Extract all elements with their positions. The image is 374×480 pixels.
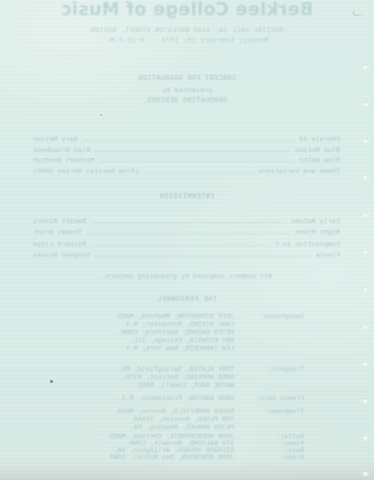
personnel-french-horn: French horn: DAVE BARTON, Providence, R.… xyxy=(20,396,304,404)
piece-title: Night Piece xyxy=(295,229,340,237)
personnel-saxophones: Saxophones: JEFF STOUGHTON, Medford, MAS… xyxy=(20,314,304,354)
program-row: Night Piece Thomas Grant xyxy=(33,229,340,240)
piece-credit: Michael Rendish xyxy=(33,157,94,165)
piece-title: Finale xyxy=(316,252,340,260)
intermission-heading: INTERMISSION xyxy=(0,193,374,201)
piece-title: Chorale #4 xyxy=(299,136,340,144)
section-label: Trumpets: xyxy=(234,367,304,391)
dotted-leader xyxy=(95,256,310,257)
piece-title: Slow Waltz xyxy=(299,157,340,165)
piece-credit: Alan Broadbent xyxy=(33,147,90,155)
piece-title: Theme and Variations xyxy=(258,168,340,176)
address-line: RECITAL HALL 1A, 1140 BOYLSTON STREET, B… xyxy=(0,27,374,35)
section-names: JOHN ROBINSON, Des Moines, IOWA xyxy=(110,455,234,463)
section-names: ROGER HOMEFIELD, Boston, MASS. TOM PLSEK… xyxy=(114,409,234,433)
musician-name: DAVE BARTON, Providence, R.I. xyxy=(118,396,234,404)
piece-title: Blue Motion xyxy=(295,147,340,155)
piece-title: Composition in F xyxy=(275,241,340,249)
sprocket-hole xyxy=(363,471,368,476)
dotted-leader xyxy=(91,222,286,223)
piece-title: Early Autumn xyxy=(291,218,340,226)
sprocket-hole xyxy=(363,435,368,440)
piece-credit: Thomas Grant xyxy=(33,229,82,237)
piece-credit: Stephen Brooks xyxy=(33,252,90,260)
concert-title: CONCERT FOR GRADUATION xyxy=(0,75,374,83)
sprocket-hole xyxy=(363,101,368,106)
sprocket-hole xyxy=(363,324,368,329)
sprocket-hole xyxy=(363,64,368,69)
sprocket-hole xyxy=(363,287,368,292)
musician-name: LEW TABACKIN, New York, N.Y. xyxy=(114,346,234,354)
presenter-name: GRADUATING SENIORS xyxy=(0,97,374,105)
musician-name: PETER GRAVES, Reading, PA. xyxy=(114,425,234,433)
personnel-trombones: Trombones: ROGER HOMEFIELD, Boston, MASS… xyxy=(20,409,304,433)
presented-by-line: presented by xyxy=(0,87,374,94)
dotted-leader xyxy=(87,233,290,234)
program-row: Finale Stephen Brooks xyxy=(33,252,340,263)
program-part1: Chorale #4 Gary Nelson Blue Motion Alan … xyxy=(33,136,340,178)
sprocket-hole xyxy=(363,249,368,254)
piece-credit: Gary Nelson xyxy=(33,136,78,144)
personnel-trumpets: Trumpets: TONY KLATKA, Springfield, MO. … xyxy=(20,367,304,391)
datetime-line: Monday, February 16, 1970 -- 8:15 P.M. xyxy=(0,37,374,45)
dotted-leader xyxy=(99,161,294,162)
musician-name: JOHN ROBINSON, Des Moines, IOWA xyxy=(110,455,234,463)
section-label: Saxophones: xyxy=(234,314,304,354)
program-row: Composition in F Richard Lloyd xyxy=(33,241,340,252)
sprocket-hole xyxy=(363,212,368,217)
sprocket-hole xyxy=(363,138,368,143)
program-row: Early Autumn Daniel Rivers xyxy=(33,218,340,229)
section-label: French horn: xyxy=(234,396,304,404)
musician-name: WAYNE NAUS, Lowell, MASS. xyxy=(118,383,234,391)
program-row: Blue Motion Alan Broadbent xyxy=(33,147,340,158)
piece-credit: Richard Lloyd xyxy=(33,241,86,249)
dotted-leader xyxy=(91,245,270,246)
bleedthrough-content: Berklee College of Music RECITAL HALL 1A… xyxy=(0,0,374,480)
program-row: Chorale #4 Gary Nelson xyxy=(33,136,340,147)
program-part2: Early Autumn Daniel Rivers Night Piece T… xyxy=(33,218,340,263)
program-row: Slow Waltz Michael Rendish xyxy=(33,157,340,168)
sprocket-hole xyxy=(363,361,368,366)
arranger-note: All numbers composed by graduating senio… xyxy=(0,273,374,280)
section-names: DAVE BARTON, Providence, R.I. xyxy=(118,396,234,404)
dotted-leader xyxy=(144,172,253,173)
dotted-leader xyxy=(95,151,290,152)
section-names: TONY KLATKA, Springfield, MO. GREG HOPKI… xyxy=(118,367,234,391)
piece-credit: (from Recital Series 1969) xyxy=(33,168,139,176)
program-row: Theme and Variations (from Recital Serie… xyxy=(33,168,340,179)
sprocket-hole xyxy=(363,398,368,403)
section-label: Drums: xyxy=(234,455,304,463)
ink-speck xyxy=(50,380,53,383)
scanned-program-page: Berklee College of Music RECITAL HALL 1A… xyxy=(0,0,374,480)
piece-credit: Daniel Rivers xyxy=(33,218,86,226)
section-names: JEFF STOUGHTON, Medford, MASS. CARL ATKI… xyxy=(114,314,234,354)
sprocket-hole xyxy=(363,175,368,180)
personnel-heading: THE PERSONNEL xyxy=(0,296,374,304)
personnel-drums: Drums: JOHN ROBINSON, Des Moines, IOWA xyxy=(20,455,304,463)
section-label: Trombones: xyxy=(234,409,304,433)
dotted-leader xyxy=(83,140,294,141)
ink-speck xyxy=(100,114,102,116)
berklee-logo-text: Berklee College of Music xyxy=(0,0,374,20)
